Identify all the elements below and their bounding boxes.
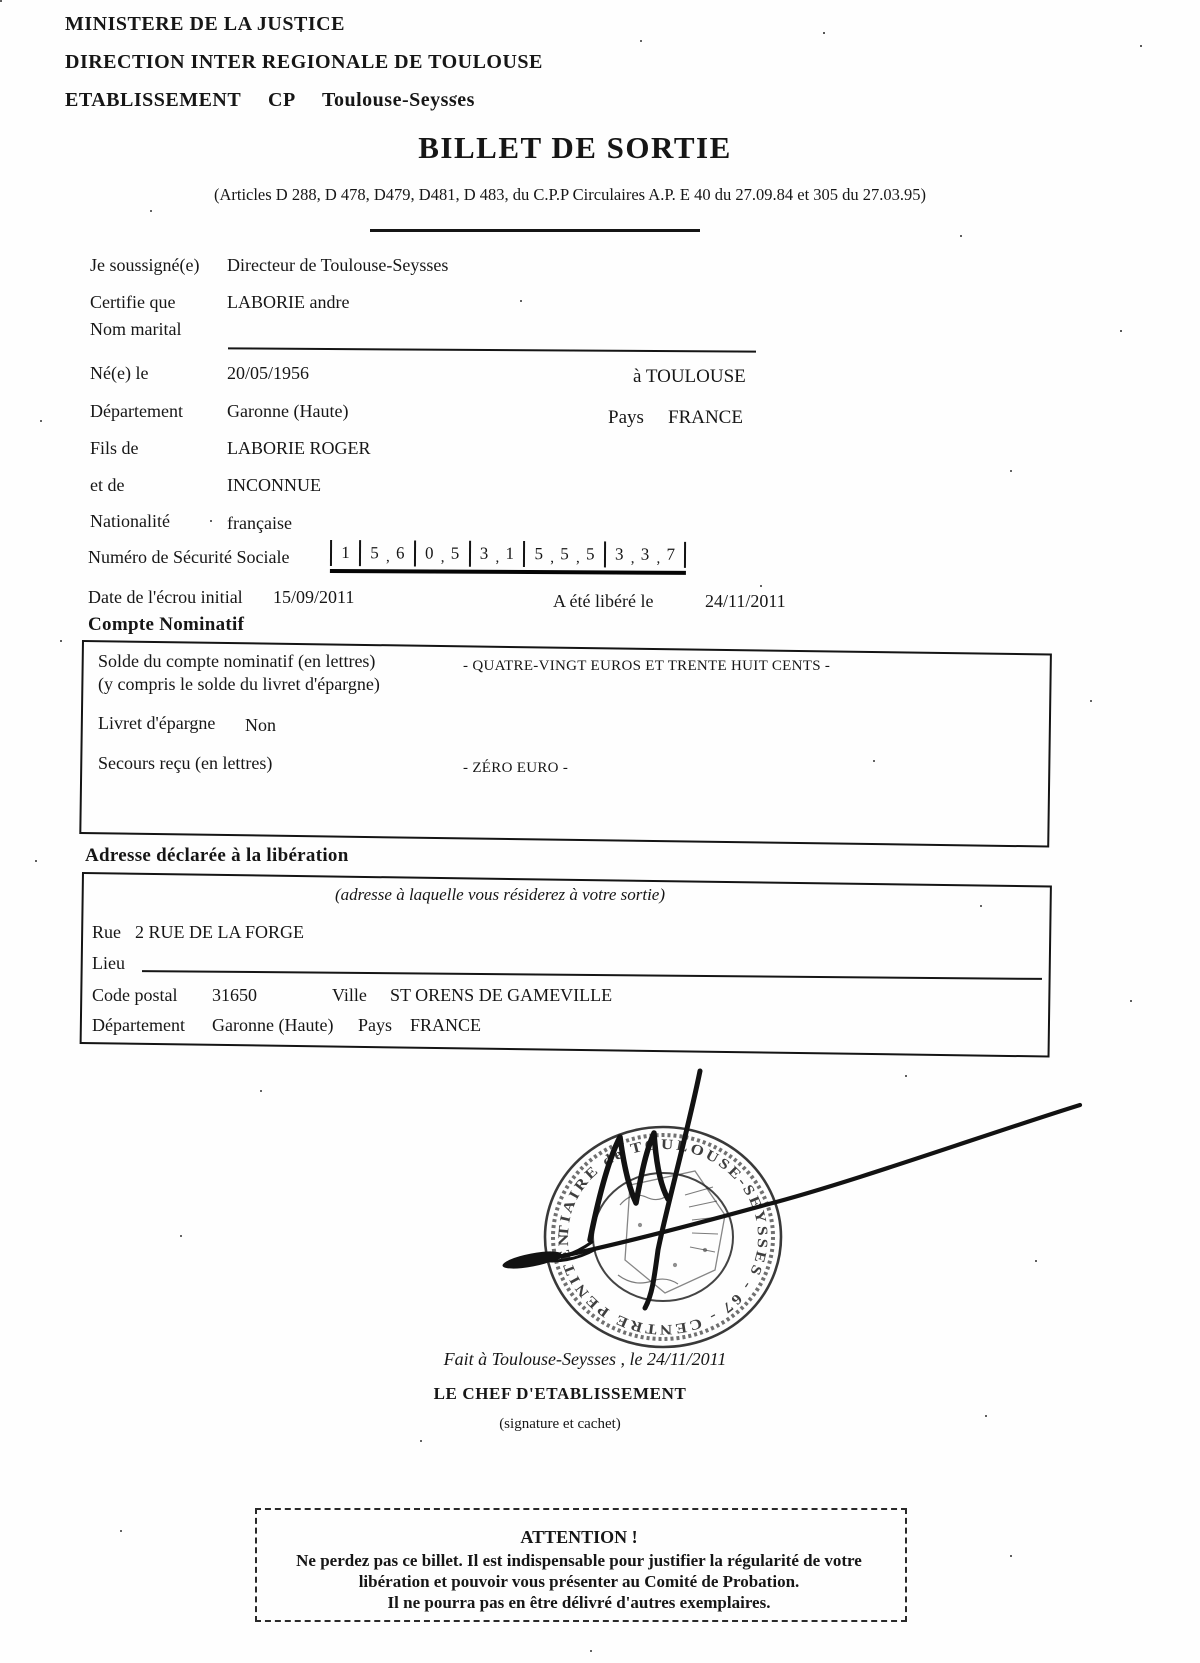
adresse-pays-label: Pays — [358, 1014, 392, 1036]
adresse-pays-value: FRANCE — [410, 1014, 481, 1036]
fils-de-value: LABORIE ROGER — [227, 437, 371, 459]
je-soussigne-value: Directeur de Toulouse-Seysses — [227, 254, 448, 276]
etablissement-label: ETABLISSEMENT — [65, 89, 241, 111]
livret-value: Non — [245, 714, 276, 736]
ville-value: ST ORENS DE GAMEVILLE — [390, 984, 612, 1006]
solde-value: - QUATRE-VINGT EUROS ET TRENTE HUIT CENT… — [463, 655, 830, 677]
billet-de-sortie-document: MINISTERE DE LA JUSTICE DIRECTION INTER … — [0, 0, 1200, 1663]
pays-label: Pays — [608, 407, 644, 429]
adresse-note: (adresse à laquelle vous résiderez à vot… — [0, 884, 1000, 906]
attention-line-2: libération et pouvoir vous présenter au … — [255, 1571, 903, 1592]
departement-value: Garonne (Haute) — [227, 400, 348, 422]
nationalite-value: française — [227, 512, 292, 534]
adresse-departement-label: Département — [92, 1014, 185, 1036]
ssn-digit: 3 — [477, 544, 490, 564]
signature-cachet-note: (signature et cachet) — [0, 1413, 1120, 1435]
signature-scrawl — [501, 1071, 1080, 1308]
ssn-digit: 3 — [638, 545, 651, 565]
direction-line: DIRECTION INTER REGIONALE DE TOULOUSE — [65, 51, 543, 73]
prison-seal-stamp: TIAIRE de TOULOUSE-SEYSSES - 67 - CENTRE… — [470, 1045, 1130, 1375]
ssn-digit: 5 — [558, 544, 571, 564]
solde-label-2: (y compris le solde du livret d'épargne) — [98, 673, 380, 695]
ministry-line: MINISTERE DE LA JUSTICE — [65, 13, 345, 35]
certifie-que-value: LABORIE andre — [227, 291, 349, 313]
ssn-digit: 1 — [503, 544, 516, 564]
scan-noise — [0, 0, 2, 2]
ssn-digit: 6 — [394, 543, 407, 563]
ssn-digit: 5 — [584, 544, 597, 564]
certifie-que-label: Certifie que — [90, 291, 175, 313]
code-postal-label: Code postal — [92, 984, 178, 1006]
departement-label: Département — [90, 400, 183, 422]
rue-value: 2 RUE DE LA FORGE — [135, 921, 304, 943]
chef-etablissement-line: LE CHEF D'ETABLISSEMENT — [0, 1383, 1120, 1405]
libere-label: A été libéré le — [553, 590, 653, 612]
page-title: BILLET DE SORTIE — [0, 137, 1150, 159]
ssn-label: Numéro de Sécurité Sociale — [88, 546, 289, 568]
etablissement-cp: CP — [268, 89, 296, 111]
ssn-digit: 1 — [339, 543, 352, 563]
ecrou-label: Date de l'écrou initial — [88, 586, 243, 608]
code-postal-value: 31650 — [212, 984, 257, 1006]
adresse-heading: Adresse déclarée à la libération — [85, 845, 349, 867]
libere-value: 24/11/2011 — [705, 590, 786, 612]
ssn-digit: 7 — [664, 545, 677, 565]
birth-city-value: à TOULOUSE — [633, 366, 746, 388]
ssn-digit: 0 — [423, 543, 436, 563]
et-de-label: et de — [90, 474, 124, 496]
nom-marital-label: Nom marital — [90, 318, 181, 340]
ville-label: Ville — [332, 984, 367, 1006]
adresse-departement-value: Garonne (Haute) — [212, 1014, 333, 1036]
ne-le-value: 20/05/1956 — [227, 362, 309, 384]
rue-label: Rue — [92, 921, 121, 943]
page-subtitle: (Articles D 288, D 478, D479, D481, D 48… — [0, 184, 1140, 206]
top-rule — [370, 229, 700, 232]
ssn-boxes: 15,60,53,15,5,53,3,7 — [330, 540, 686, 575]
je-soussigne-label: Je soussigné(e) — [90, 254, 199, 276]
compte-heading: Compte Nominatif — [88, 614, 244, 636]
solde-label-1: Solde du compte nominatif (en lettres) — [98, 650, 375, 672]
ecrou-value: 15/09/2011 — [273, 586, 354, 608]
attention-title: ATTENTION ! — [255, 1527, 903, 1548]
ssn-digit: 5 — [532, 544, 545, 564]
secours-label: Secours reçu (en lettres) — [98, 752, 272, 774]
ssn-digit: 3 — [613, 544, 626, 564]
ssn-digit: 5 — [368, 543, 381, 563]
livret-label: Livret d'épargne — [98, 712, 215, 734]
etablissement-name: Toulouse-Seysses — [322, 89, 475, 111]
nationalite-label: Nationalité — [90, 510, 170, 532]
ne-le-label: Né(e) le — [90, 362, 148, 384]
nom-marital-blank-line — [228, 347, 756, 352]
ssn-digit: 5 — [448, 544, 461, 564]
fait-a-line: Fait à Toulouse-Seysses , le 24/11/2011 — [0, 1348, 1170, 1370]
lieu-label: Lieu — [92, 952, 125, 974]
attention-line-1: Ne perdez pas ce billet. Il est indispen… — [255, 1550, 903, 1571]
secours-value: - ZÉRO EURO - — [463, 757, 568, 779]
pays-value: FRANCE — [668, 407, 743, 429]
fils-de-label: Fils de — [90, 437, 139, 459]
attention-line-3: Il ne pourra pas en être délivré d'autre… — [255, 1592, 903, 1613]
et-de-value: INCONNUE — [227, 474, 321, 496]
